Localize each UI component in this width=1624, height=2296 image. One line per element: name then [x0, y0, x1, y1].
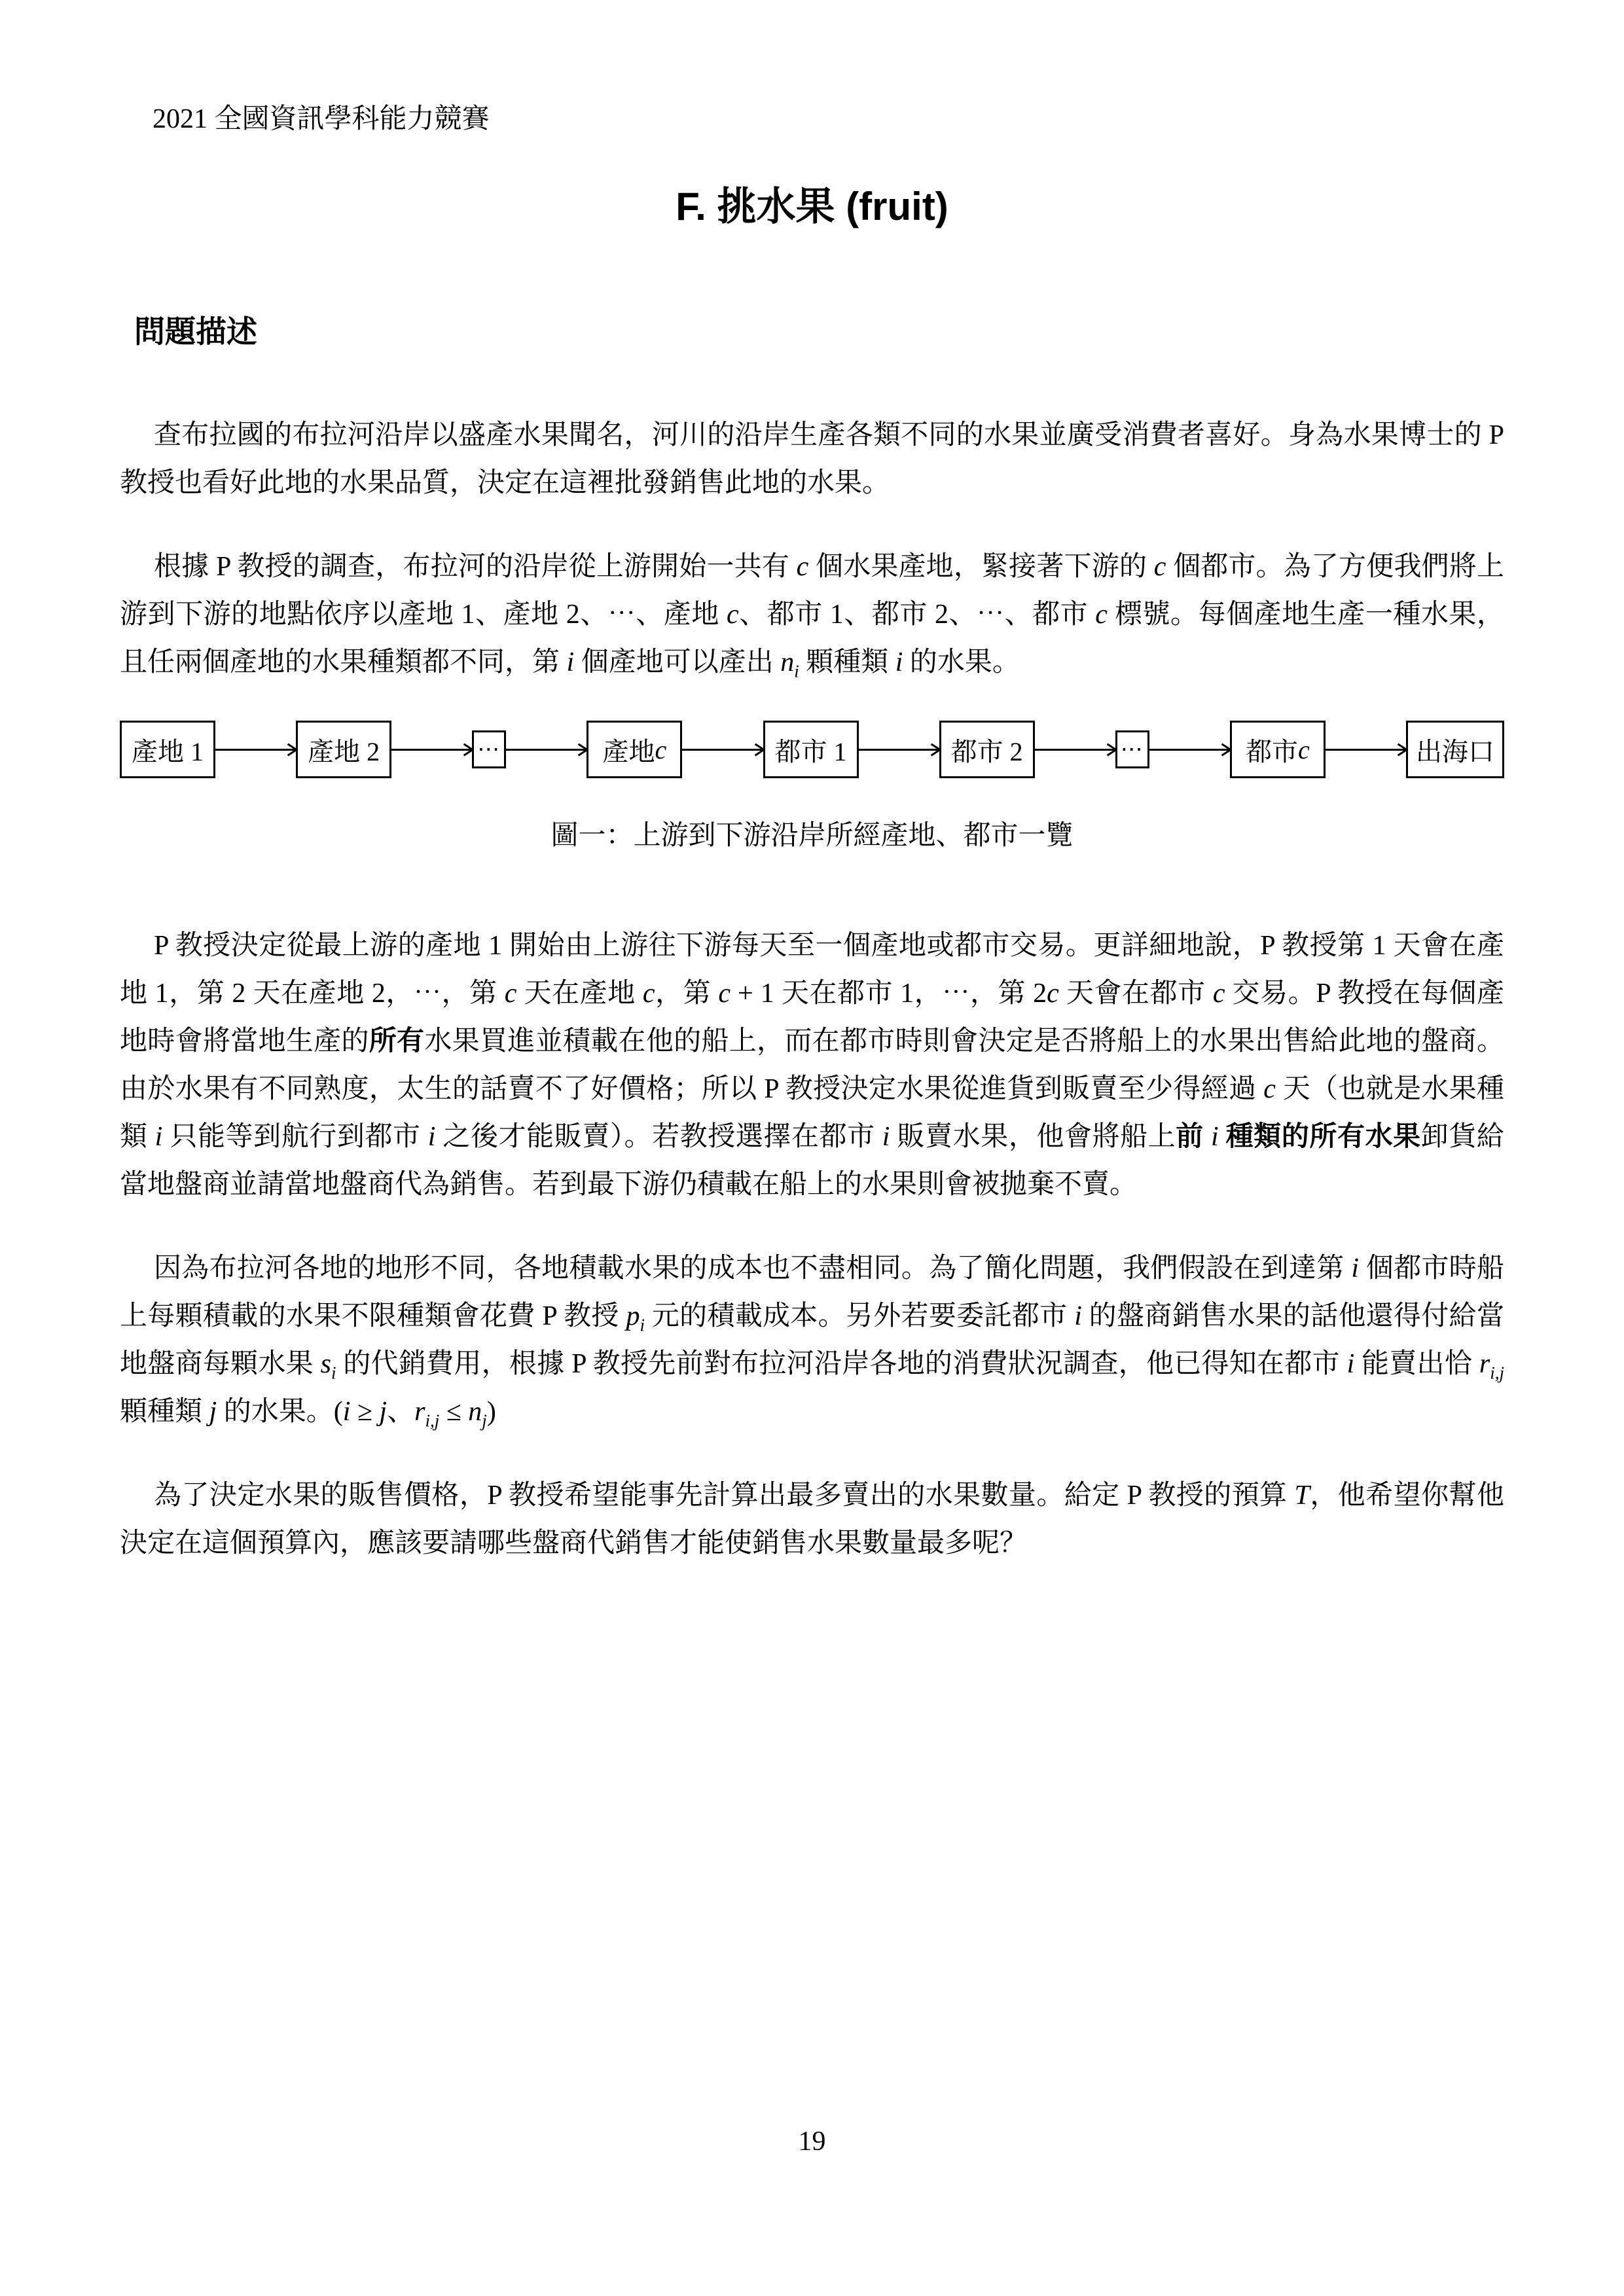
- figure-river-flow: 產地 1 產地 2 ⋯ 產地 c 都市 1 都市 2 ⋯ 都市 c 出海口 圖一…: [120, 721, 1504, 853]
- page-content: 2021 全國資訊學科能力競賽 F. 挑水果 (fruit) 問題描述 查布拉國…: [0, 0, 1624, 1568]
- node-ellipsis-origins: ⋯: [472, 730, 506, 768]
- node-city-c: 都市 c: [1230, 721, 1326, 778]
- flow-diagram: 產地 1 產地 2 ⋯ 產地 c 都市 1 都市 2 ⋯ 都市 c 出海口: [120, 721, 1504, 778]
- arrow-right-icon: [1326, 749, 1406, 751]
- figure-caption: 圖一：上游到下游沿岸所經產地、都市一覽: [120, 814, 1504, 853]
- paragraph: 為了決定水果的販售價格，P 教授希望能事先計算出最多賣出的水果數量。給定 P 教…: [120, 1472, 1504, 1568]
- node-city-1: 都市 1: [763, 721, 859, 778]
- section-heading-problem-description: 問題描述: [134, 308, 1504, 351]
- doc-header: 2021 全國資訊學科能力競賽: [153, 97, 1504, 136]
- arrow-right-icon: [506, 749, 586, 751]
- node-city-2: 都市 2: [939, 721, 1035, 778]
- document-page: 2021 全國資訊學科能力競賽 F. 挑水果 (fruit) 問題描述 查布拉國…: [0, 0, 1624, 2296]
- node-origin-c: 產地 c: [586, 721, 682, 778]
- node-origin-1: 產地 1: [120, 721, 215, 778]
- arrow-right-icon: [1035, 749, 1115, 751]
- paragraph: 根據 P 教授的調查，布拉河的沿岸從上游開始一共有 c 個水果產地，緊接著下游的…: [120, 543, 1504, 687]
- page-number: 19: [0, 2126, 1624, 2157]
- page-title: F. 挑水果 (fruit): [120, 175, 1504, 232]
- node-ellipsis-cities: ⋯: [1115, 730, 1149, 768]
- arrow-right-icon: [1149, 749, 1230, 751]
- paragraph: 查布拉國的布拉河沿岸以盛產水果聞名，河川的沿岸生產各類不同的水果並廣受消費者喜好…: [120, 412, 1504, 507]
- paragraph: 因為布拉河各地的地形不同，各地積載水果的成本也不盡相同。為了簡化問題，我們假設在…: [120, 1245, 1504, 1436]
- node-estuary: 出海口: [1406, 721, 1504, 778]
- node-origin-2: 產地 2: [296, 721, 391, 778]
- arrow-right-icon: [391, 749, 472, 751]
- arrow-right-icon: [859, 749, 939, 751]
- arrow-right-icon: [215, 749, 296, 751]
- paragraph: P 教授決定從最上游的產地 1 開始由上游往下游每天至一個產地或都市交易。更詳細…: [120, 922, 1504, 1209]
- arrow-right-icon: [682, 749, 763, 751]
